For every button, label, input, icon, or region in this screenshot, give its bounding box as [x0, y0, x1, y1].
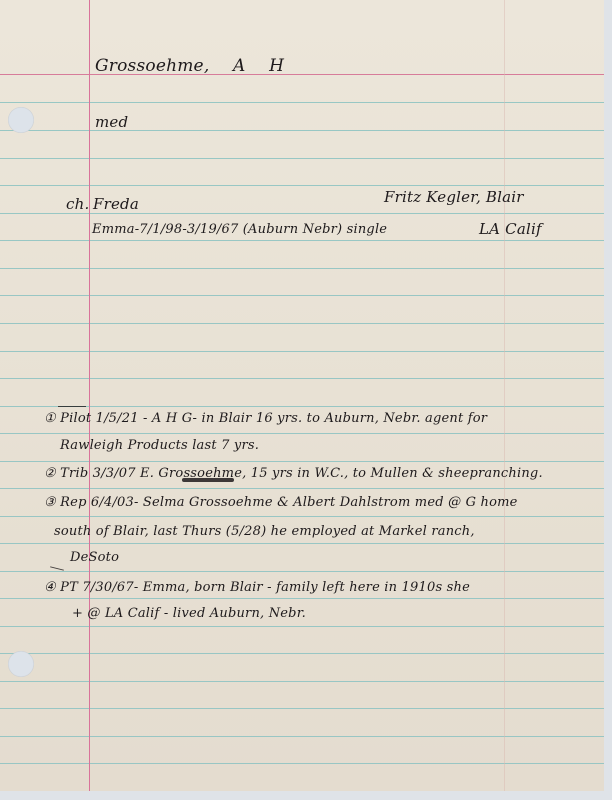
ruled-line	[0, 653, 604, 654]
left-margin-line	[89, 0, 90, 791]
children-label: ch.	[66, 195, 89, 213]
note-4-line-2: + @ LA Calif - lived Auburn, Nebr.	[72, 606, 306, 621]
ruled-line	[0, 130, 604, 131]
notebook-page: Grossoehme, A H med ch. Freda Fritz Kegl…	[0, 0, 604, 791]
marital-status: med	[95, 113, 128, 131]
ruled-line	[0, 378, 604, 379]
right-margin-line	[504, 0, 505, 791]
note-3-line-3: DeSoto	[70, 550, 119, 565]
note-4-line-1: ④ PT 7/30/67- Emma, born Blair - family …	[44, 580, 470, 595]
ruled-line	[0, 433, 604, 434]
ruled-line	[0, 351, 604, 352]
ruled-line	[0, 295, 604, 296]
note-dash	[58, 406, 86, 407]
child-emma: Emma-7/1/98-3/19/67 (Auburn Nebr) single	[92, 222, 387, 237]
note-3-line-1: ③ Rep 6/4/03- Selma Grossoehme & Albert …	[44, 495, 518, 510]
ruled-line	[0, 461, 604, 462]
ruled-line	[0, 158, 604, 159]
note-1-line-2: Rawleigh Products last 7 yrs.	[60, 438, 259, 453]
ruled-line	[0, 516, 604, 517]
subject-name: Grossoehme, A H	[95, 56, 284, 76]
ruled-line	[0, 213, 604, 214]
top-margin-rule	[0, 74, 604, 75]
ruled-line	[0, 543, 604, 544]
ruled-line	[0, 406, 604, 407]
ruled-line	[0, 488, 604, 489]
note-1-line-1: ① Pilot 1/5/21 - A H G- in Blair 16 yrs.…	[44, 411, 487, 426]
ruled-line	[0, 763, 604, 764]
child-freda: Freda	[93, 195, 139, 213]
punch-hole-bottom	[8, 651, 34, 677]
ruled-line	[0, 708, 604, 709]
ruled-line	[0, 102, 604, 103]
note-2-line-1: ② Trib 3/3/07 E. Grossoehme, 15 yrs in W…	[44, 466, 543, 481]
ruled-line	[0, 626, 604, 627]
ruled-line	[0, 240, 604, 241]
ruled-line	[0, 681, 604, 682]
ruled-line	[0, 571, 604, 572]
struck-out-word	[182, 478, 234, 482]
note-3-line-2: south of Blair, last Thurs (5/28) he emp…	[54, 524, 475, 539]
child-emma-residence: LA Calif	[479, 220, 542, 238]
child-freda-spouse: Fritz Kegler, Blair	[384, 188, 524, 206]
ruled-line	[0, 268, 604, 269]
punch-hole-top	[8, 107, 34, 133]
ruled-line	[0, 185, 604, 186]
ruled-line	[0, 323, 604, 324]
ruled-line	[0, 598, 604, 599]
ruled-line	[0, 736, 604, 737]
